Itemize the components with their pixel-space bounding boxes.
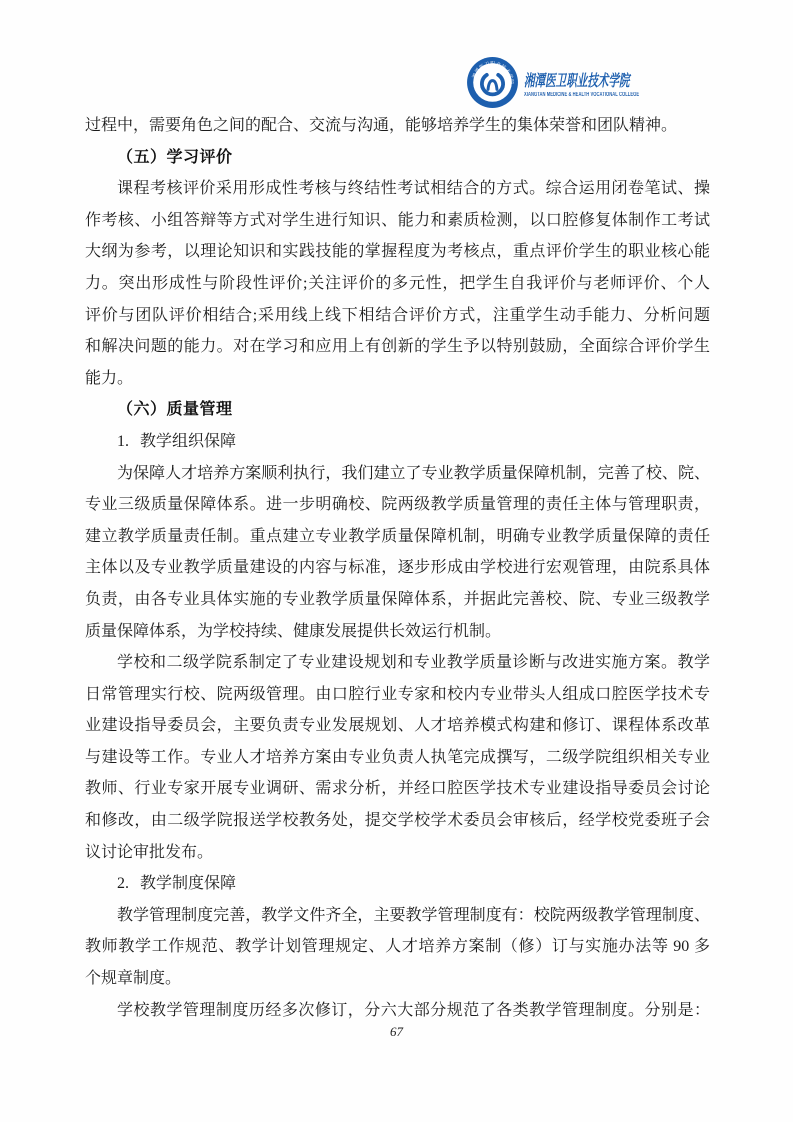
text-line: 学校教学管理制度历经多次修订，分六大部分规范了各类教学管理制度。分别是： bbox=[85, 995, 710, 1027]
text-line: 大纲为参考，以理论知识和实践技能的掌握程度为考核点，重点评价学生的职业核心能 bbox=[85, 236, 710, 268]
text-line: 个规章制度。 bbox=[85, 963, 710, 995]
document-page: 湘潭医卫职业技术学院 XIANGTAN · MEDICINE 湘潭医卫职业技术学… bbox=[0, 0, 793, 1122]
text-line: 教学管理制度完善，教学文件齐全，主要教学管理制度有：校院两级教学管理制度、 bbox=[85, 900, 710, 932]
section-heading: （五）学习评价 bbox=[85, 142, 710, 174]
text-line: 质量保障体系，为学校持续、健康发展提供长效运行机制。 bbox=[85, 616, 710, 648]
text-line: 评价与团队评价相结合;采用线上线下相结合评价方式，注重学生动手能力、分析问题 bbox=[85, 300, 710, 332]
text-line: 学校和二级学院系制定了专业建设规划和专业教学质量诊断与改进实施方案。教学 bbox=[85, 647, 710, 679]
text-line: 日常管理实行校、院两级管理。由口腔行业专家和校内专业带头人组成口腔医学技术专 bbox=[85, 679, 710, 711]
text-line: 议讨论审批发布。 bbox=[85, 837, 710, 869]
document-body: 过程中，需要角色之间的配合、交流与沟通，能够培养学生的集体荣誉和团队精神。（五）… bbox=[85, 110, 710, 1026]
section-heading: （六）质量管理 bbox=[85, 394, 710, 426]
paragraph: 学校教学管理制度历经多次修订，分六大部分规范了各类教学管理制度。分别是： bbox=[85, 995, 710, 1027]
text-line: 建立教学质量责任制。重点建立专业教学质量保障机制，明确专业教学质量保障的责任 bbox=[85, 521, 710, 553]
college-name-english: XIANGTAN MEDICINE & HEALTH VOCATIONAL CO… bbox=[524, 92, 639, 98]
text-line: 为保障人才培养方案顺利执行，我们建立了专业教学质量保障机制，完善了校、院、 bbox=[85, 458, 710, 490]
subheading-label: 教学组织保障 bbox=[140, 433, 236, 450]
paragraph: 课程考核评价采用形成性考核与终结性考试相结合的方式。综合运用闭卷笔试、操作考核、… bbox=[85, 173, 710, 394]
college-logo-text: 湘潭医卫职业技术学院 XIANGTAN MEDICINE & HEALTH VO… bbox=[524, 68, 693, 98]
text-line: 教师、行业专家开展专业调研、需求分析，并经口腔医学技术专业建设指导委员会讨论 bbox=[85, 773, 710, 805]
college-logo: 湘潭医卫职业技术学院 XIANGTAN · MEDICINE 湘潭医卫职业技术学… bbox=[466, 56, 693, 109]
text-line: 课程考核评价采用形成性考核与终结性考试相结合的方式。综合运用闭卷笔试、操 bbox=[85, 173, 710, 205]
text-line: 力。突出形成性与阶段性评价;关注评价的多元性，把学生自我评价与老师评价、个人 bbox=[85, 268, 710, 300]
text-line: 和修改，由二级学院报送学校教务处，提交学校学术委员会审核后，经学校党委班子会 bbox=[85, 805, 710, 837]
text-line: 教师教学工作规范、教学计划管理规定、人才培养方案制（修）订与实施办法等 90 多 bbox=[85, 931, 710, 963]
numbered-subheading: 1.教学组织保障 bbox=[85, 426, 710, 458]
text-line: 作考核、小组答辩等方式对学生进行知识、能力和素质检测，以口腔修复体制作工考试 bbox=[85, 205, 710, 237]
text-line: 主体以及专业教学质量建设的内容与标准，逐步形成由学校进行宏观管理，由院系具体 bbox=[85, 552, 710, 584]
text-line: 与建设等工作。专业人才培养方案由专业负责人执笔完成撰写，二级学院组织相关专业 bbox=[85, 742, 710, 774]
subheading-label: 教学制度保障 bbox=[140, 875, 236, 892]
paragraph: 为保障人才培养方案顺利执行，我们建立了专业教学质量保障机制，完善了校、院、专业三… bbox=[85, 458, 710, 648]
continuation-line: 过程中，需要角色之间的配合、交流与沟通，能够培养学生的集体荣誉和团队精神。 bbox=[85, 110, 710, 142]
text-line: 负责，由各专业具体实施的专业教学质量保障体系，并据此完善校、院、专业三级教学 bbox=[85, 584, 710, 616]
text-line: 业建设指导委员会，主要负责专业发展规划、人才培养模式构建和修订、课程体系改革 bbox=[85, 710, 710, 742]
paragraph: 学校和二级学院系制定了专业建设规划和专业教学质量诊断与改进实施方案。教学日常管理… bbox=[85, 647, 710, 868]
text-line: 专业三级质量保障体系。进一步明确校、院两级教学质量管理的责任主体与管理职责， bbox=[85, 489, 710, 521]
page-footer: 67 bbox=[0, 1023, 793, 1041]
subheading-number: 2. bbox=[117, 875, 129, 892]
numbered-subheading: 2.教学制度保障 bbox=[85, 868, 710, 900]
paragraph: 教学管理制度完善，教学文件齐全，主要教学管理制度有：校院两级教学管理制度、教师教… bbox=[85, 900, 710, 995]
college-emblem-icon: 湘潭医卫职业技术学院 XIANGTAN · MEDICINE bbox=[466, 56, 519, 109]
subheading-number: 1. bbox=[117, 433, 129, 450]
page-number: 67 bbox=[390, 1024, 403, 1039]
text-line: 和解决问题的能力。对在学习和应用上有创新的学生予以特别鼓励，全面综合评价学生 bbox=[85, 331, 710, 363]
text-line: 能力。 bbox=[85, 363, 710, 395]
college-name-chinese: 湘潭医卫职业技术学院 bbox=[524, 68, 636, 91]
